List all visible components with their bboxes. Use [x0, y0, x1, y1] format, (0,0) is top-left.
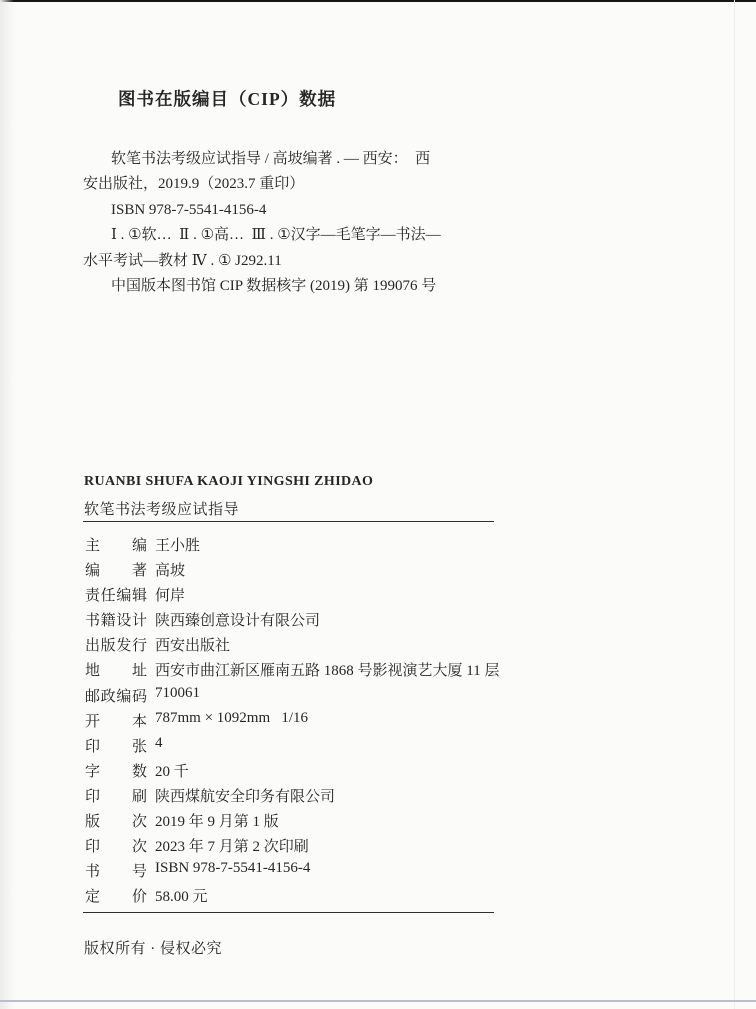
- row-label: 责任编辑: [85, 584, 147, 605]
- paper-edge-right: [734, 0, 735, 1009]
- row-label: 书籍设计: [85, 609, 147, 630]
- cip-line-isbn: ISBN 978-7-5541-4156-4: [83, 198, 513, 223]
- row-label: 版次: [85, 810, 147, 831]
- cip-line: 安出版社，2019.9（2023.7 重印）: [83, 172, 513, 197]
- table-row-impression: 印次 2023 年 7 月第 2 次印刷: [85, 835, 685, 860]
- row-value: 4: [155, 735, 163, 752]
- divider-rule-bottom: [83, 912, 494, 913]
- cip-line-classification: Ⅰ . ①软… Ⅱ . ①高… Ⅲ . ①汉字—毛笔字—书法—: [83, 223, 513, 248]
- table-row-responsible-editor: 责任编辑 何岸: [85, 584, 685, 609]
- row-label: 书号: [85, 860, 147, 881]
- row-label: 编著: [85, 559, 147, 580]
- table-row-postal-code: 邮政编码 710061: [85, 685, 685, 710]
- scan-edge-left: [0, 0, 14, 1009]
- row-label: 主编: [85, 534, 147, 555]
- row-label: 印张: [85, 735, 147, 756]
- table-row-book-design: 书籍设计 陕西臻创意设计有限公司: [85, 609, 685, 634]
- table-row-address: 地址 西安市曲江新区雁南五路 1868 号影视演艺大厦 11 层: [85, 659, 685, 684]
- divider-rule-top: [83, 521, 494, 522]
- row-label: 定价: [85, 885, 147, 906]
- row-label: 印刷: [85, 785, 147, 806]
- table-row-author: 编著 高坡: [85, 559, 685, 584]
- scan-edge-bottom: [0, 1000, 756, 1002]
- cip-data-block: 软笔书法考级应试指导 / 高坡编著 . — 西安： 西 安出版社，2019.9（…: [83, 147, 513, 299]
- row-value: 西安市曲江新区雁南五路 1868 号影视演艺大厦 11 层: [155, 659, 499, 680]
- row-value: 787mm × 1092mm 1/16: [155, 710, 308, 727]
- row-label: 邮政编码: [85, 685, 147, 706]
- table-row-publisher: 出版发行 西安出版社: [85, 634, 685, 659]
- table-row-word-count: 字数 20 千: [85, 760, 685, 785]
- book-title-chinese: 软笔书法考级应试指导: [84, 498, 239, 519]
- row-value: 2023 年 7 月第 2 次印刷: [155, 835, 309, 856]
- row-value: 58.00 元: [155, 885, 208, 906]
- row-value: 陕西臻创意设计有限公司: [155, 609, 320, 630]
- row-value: 高坡: [155, 559, 185, 580]
- row-value: 何岸: [155, 584, 185, 605]
- cip-line-classification: 水平考试—教材 Ⅳ . ① J292.11: [83, 249, 513, 274]
- table-row-chief-editor: 主编 王小胜: [85, 534, 685, 559]
- row-value: ISBN 978-7-5541-4156-4: [155, 860, 310, 877]
- table-row-printed-sheets: 印张 4: [85, 735, 685, 760]
- scan-edge-top: [0, 0, 756, 2]
- row-value: 2019 年 9 月第 1 版: [155, 810, 279, 831]
- row-value: 710061: [155, 685, 200, 702]
- table-row-format: 开本 787mm × 1092mm 1/16: [85, 710, 685, 735]
- cip-line: 软笔书法考级应试指导 / 高坡编著 . — 西安： 西: [83, 147, 513, 172]
- row-label: 地址: [85, 659, 147, 680]
- table-row-isbn: 书号 ISBN 978-7-5541-4156-4: [85, 860, 685, 885]
- row-label: 出版发行: [85, 634, 147, 655]
- cip-heading: 图书在版编目（CIP）数据: [118, 86, 336, 111]
- row-value: 陕西煤航安全印务有限公司: [155, 785, 335, 806]
- cip-line-record-number: 中国版本图书馆 CIP 数据核字 (2019) 第 199076 号: [83, 274, 513, 299]
- row-label: 开本: [85, 710, 147, 731]
- row-label: 印次: [85, 835, 147, 856]
- table-row-printing-house: 印刷 陕西煤航安全印务有限公司: [85, 785, 685, 810]
- table-row-price: 定价 58.00 元: [85, 885, 685, 910]
- row-value: 王小胜: [155, 534, 200, 555]
- table-row-edition: 版次 2019 年 9 月第 1 版: [85, 810, 685, 835]
- scanned-copyright-page: 图书在版编目（CIP）数据 软笔书法考级应试指导 / 高坡编著 . — 西安： …: [0, 0, 756, 1009]
- row-value: 20 千: [155, 760, 189, 781]
- row-label: 字数: [85, 760, 147, 781]
- book-title-pinyin: RUANBI SHUFA KAOJI YINGSHI ZHIDAO: [84, 474, 373, 490]
- row-value: 西安出版社: [155, 634, 230, 655]
- copyright-notice: 版权所有 · 侵权必究: [84, 937, 222, 958]
- colophon-table: 主编 王小胜 编著 高坡 责任编辑 何岸 书籍设计 陕西臻创意设计有限公司 出版…: [85, 534, 685, 910]
